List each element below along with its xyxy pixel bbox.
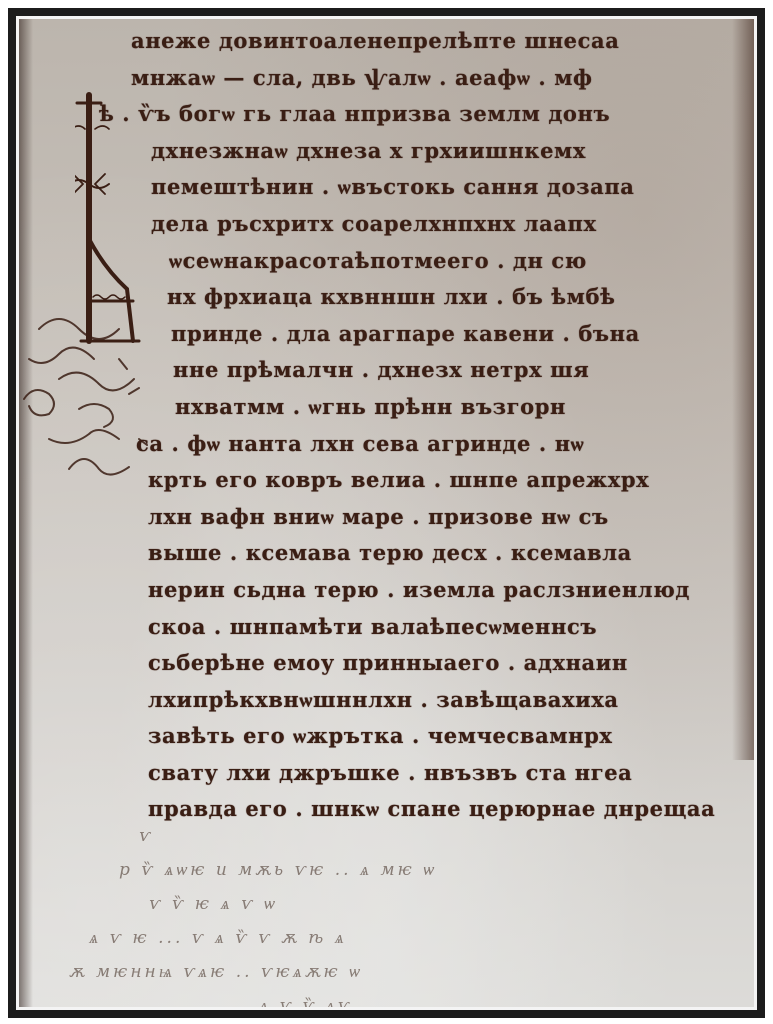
text-line: лхн вафн вниѡ маре . призове нѡ съ <box>91 499 731 536</box>
text-line: лхипрѣкхвнѡшннлхн . завѣщавахиха <box>91 682 731 719</box>
text-line: нне прѣмалчн . дхнезх нетрх шя <box>91 352 731 389</box>
text-line: скоа . шнпамѣти валаѣпесѡменнсъ <box>91 609 731 646</box>
text-line: пемештѣнин . ѡвъстокь сання дозапа <box>91 169 731 206</box>
marginalia-line: ѧ ѵ ѥ ... ѵ ѧ ѷ ѵ ѫ ѣ ѧ <box>59 921 739 955</box>
photo-frame-border: анеже довинтоаленепрелѣпте шнесаа мнжаѡ … <box>8 8 765 1018</box>
text-line: ѣ . ѷъ богѡ гь глаа нпризва землм донъ <box>91 96 731 133</box>
text-line: свату лхи джръшке . нвъзвъ ста нгеа <box>91 755 731 792</box>
marginalia-line: р ѷ ѧѡѥ и мѫь ѵѥ .. ѧ мѥ ѡ <box>59 853 739 887</box>
text-line: выше . ксемава терю десх . ксемавла <box>91 535 731 572</box>
page-left-edge-shadow <box>19 19 33 1007</box>
text-line: сьберѣне емоу принныаего . адхнаин <box>91 645 731 682</box>
marginalia-line: ѫ мѥннѩ ѵѧѥ .. ѵѥѧѫѥ ѡ <box>59 955 739 989</box>
text-line: нх фрхиаца кхвнншн лхи . бъ ѣмбѣ <box>91 279 731 316</box>
text-line: нерин сьдна терю . иземла раслзниенлюд <box>91 572 731 609</box>
page-right-edge-shadow <box>732 19 754 760</box>
text-line: дела ръсхритх соарелхнпхнх лаапх <box>91 206 731 243</box>
faded-marginalia: ѵ р ѷ ѧѡѥ и мѫь ѵѥ .. ѧ мѥ ѡ ѵ ѷ ѥ ѧ ѵ ѡ… <box>59 819 739 1007</box>
marginalia-line: ѵ <box>59 819 739 853</box>
text-line: завѣть его ѡжрътка . чемчесвамнрх <box>91 718 731 755</box>
text-line: дхнезжнаѡ дхнеза х грхиишнкемх <box>91 133 731 170</box>
text-line: мнжаѡ — сла, двь ѱалѡ . аеафѡ . мф <box>91 60 731 97</box>
marginalia-line: ѧ ѵ ѷ ѧѵ <box>59 989 739 1007</box>
manuscript-text-block: анеже довинтоаленепрелѣпте шнесаа мнжаѡ … <box>91 23 731 828</box>
photo-frame-inner-stroke: анеже довинтоаленепрелѣпте шнесаа мнжаѡ … <box>16 16 757 1010</box>
manuscript-page: анеже довинтоаленепрелѣпте шнесаа мнжаѡ … <box>19 19 754 1007</box>
text-line: са . фѡ нанта лхн сева агринде . нѡ <box>91 426 731 463</box>
marginalia-line: ѵ ѷ ѥ ѧ ѵ ѡ <box>59 887 739 921</box>
text-line: анеже довинтоаленепрелѣпте шнесаа <box>91 23 731 60</box>
text-line: ѡсеѡнакрасотаѣпотмеего . дн сю <box>91 243 731 280</box>
text-line: принде . дла арагпаре кавени . бъна <box>91 316 731 353</box>
text-line: нхватмм . ѡгнь прѣнн възгорн <box>91 389 731 426</box>
text-line: крть его ковръ велиа . шнпе апрежхрх <box>91 462 731 499</box>
